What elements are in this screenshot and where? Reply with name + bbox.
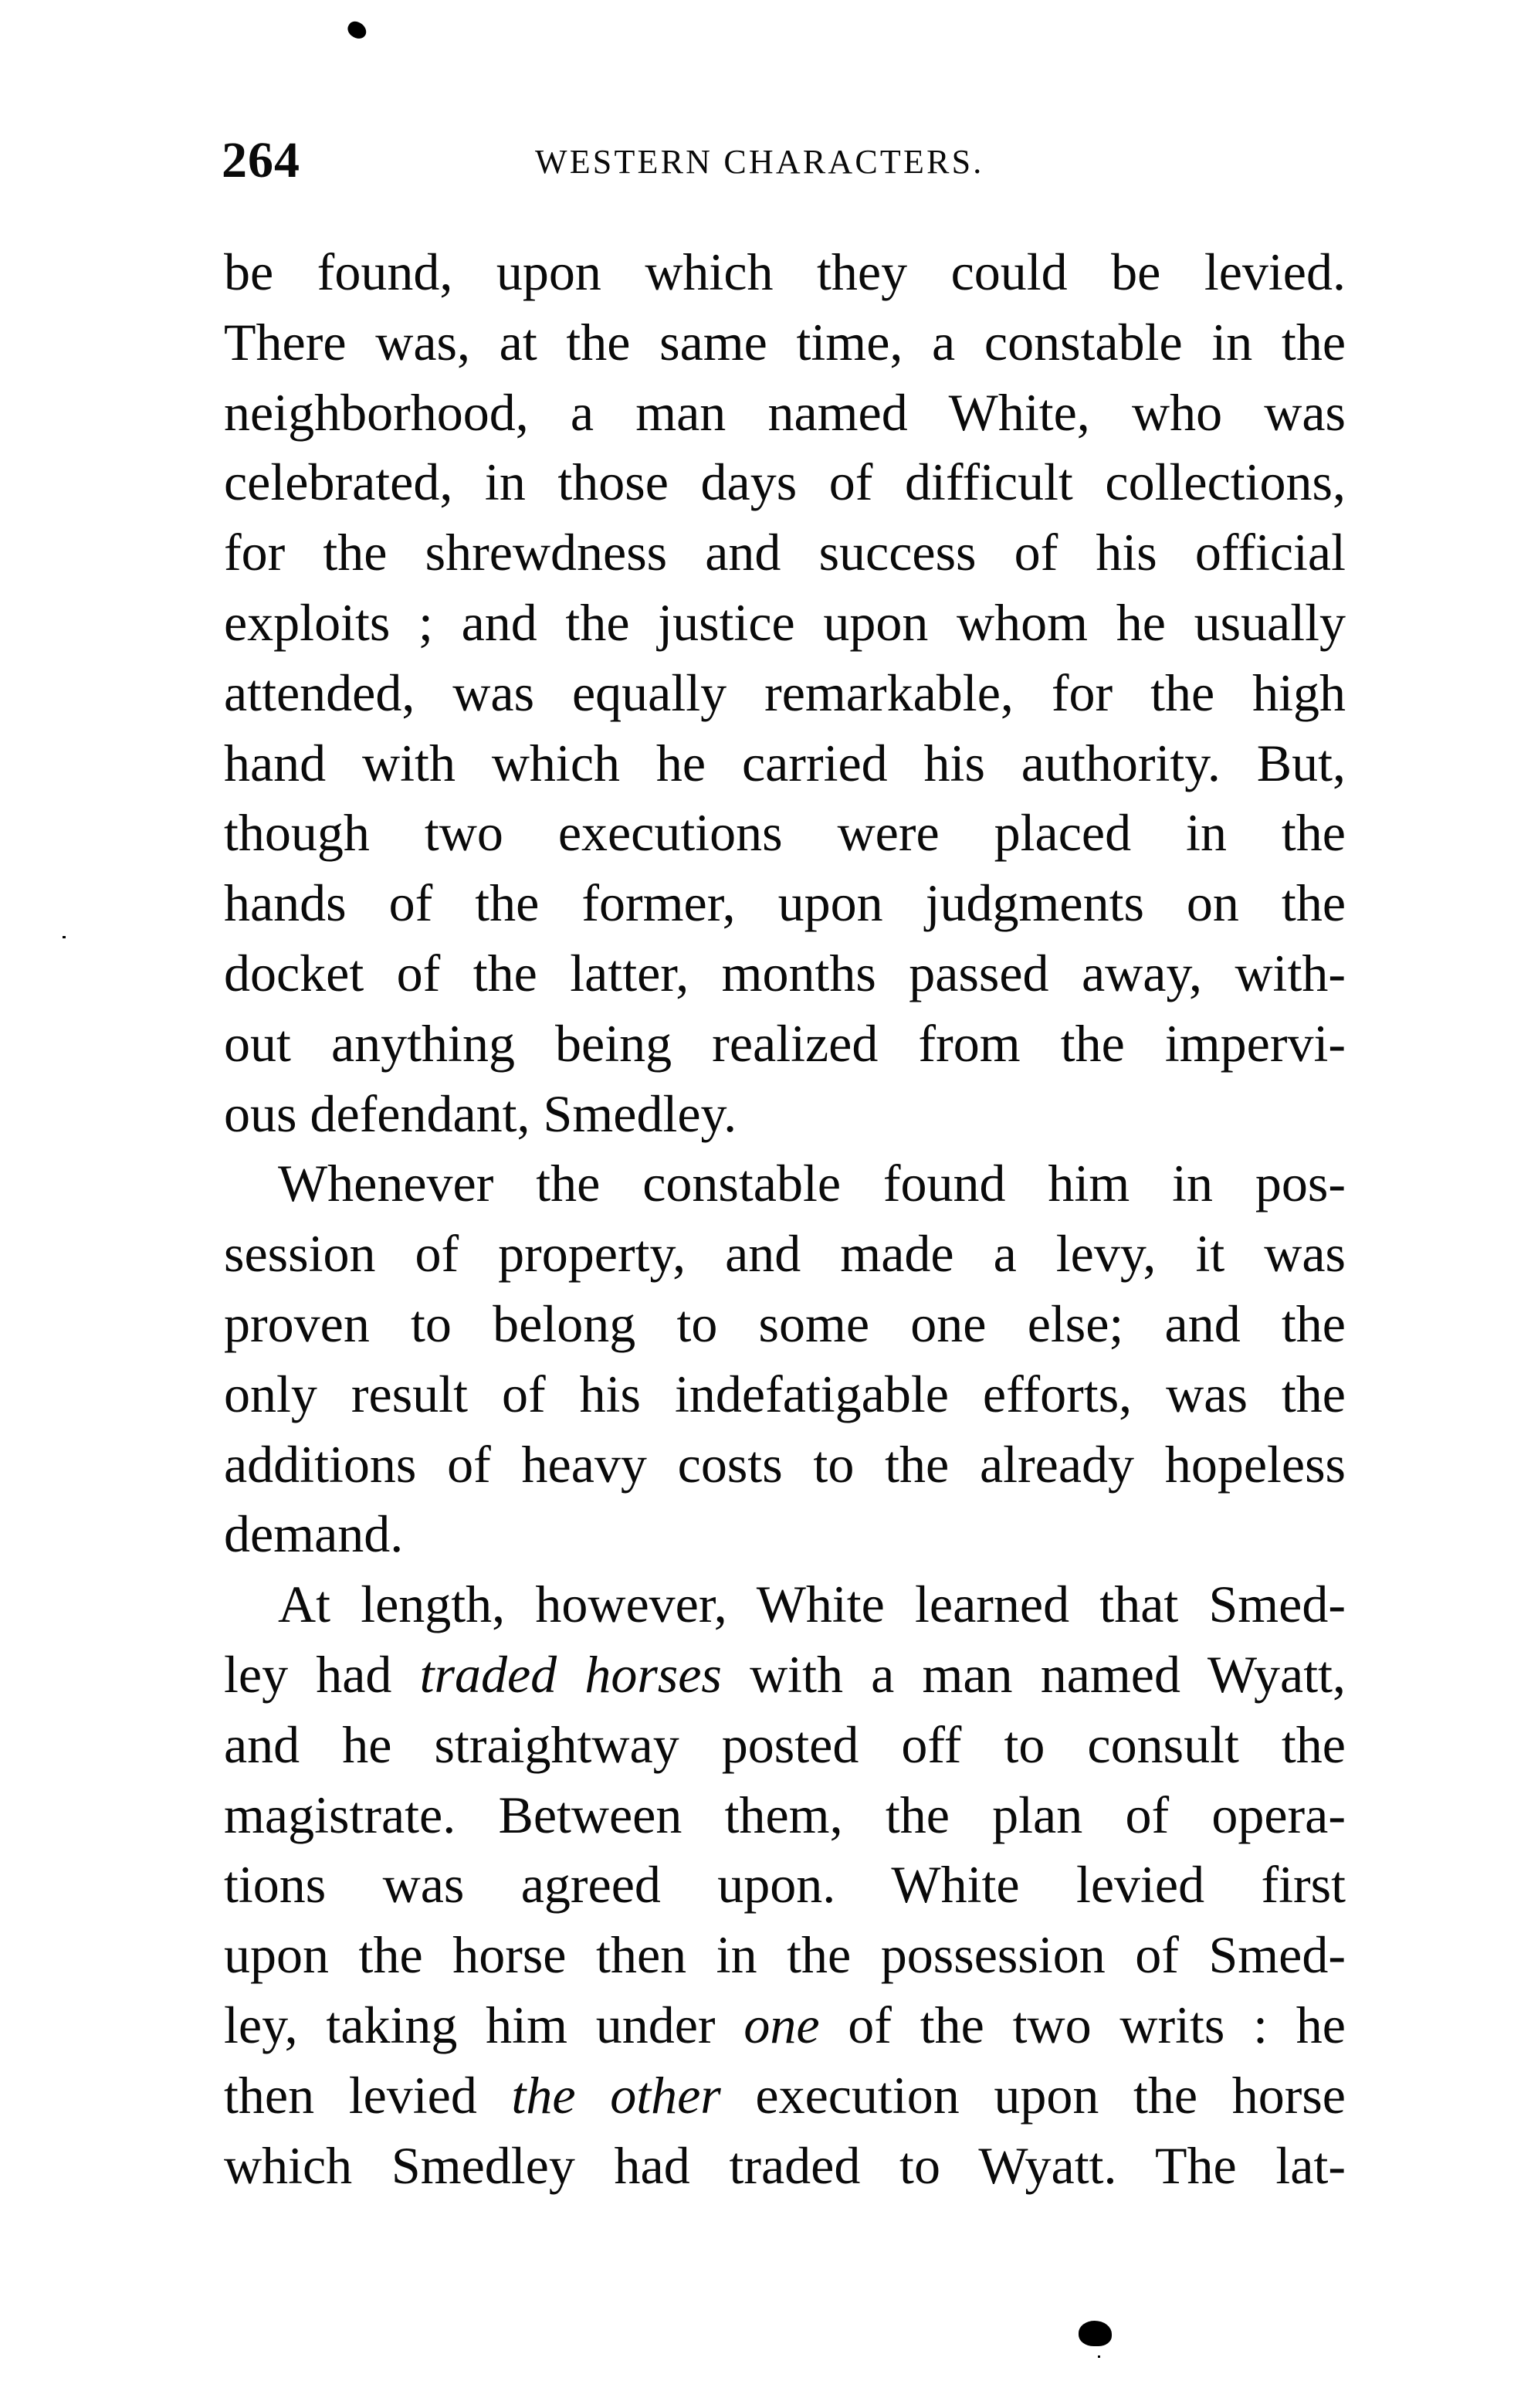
text-line: At length, however, White learned that S… bbox=[278, 1569, 1346, 1639]
running-title: WESTERN CHARACTERS. bbox=[535, 139, 984, 185]
ink-speck-bottom bbox=[1098, 2355, 1100, 2358]
text-line: hands of the former, upon judgments on t… bbox=[224, 868, 1346, 938]
text-line: ley, taking him under one of the two wri… bbox=[224, 1990, 1346, 2060]
text-line: celebrated, in those days of difficult c… bbox=[224, 447, 1346, 517]
text-line: tions was agreed upon. White levied firs… bbox=[224, 1850, 1346, 1919]
text-line: Whenever the constable found him in pos- bbox=[278, 1148, 1346, 1218]
text-line: though two executions were placed in the bbox=[224, 798, 1346, 867]
text-line: exploits ; and the justice upon whom he … bbox=[224, 588, 1346, 657]
text-line: ley had traded horses with a man named W… bbox=[224, 1640, 1346, 1709]
text-line: be found, upon which they could be levie… bbox=[224, 237, 1346, 307]
ink-speck-margin bbox=[63, 936, 66, 938]
text-line: demand. bbox=[224, 1499, 1346, 1569]
text-line: magistrate. Between them, the plan of op… bbox=[224, 1780, 1346, 1850]
book-page: 264 WESTERN CHARACTERS. be found, upon w… bbox=[0, 0, 1514, 2408]
running-header: 264 WESTERN CHARACTERS. bbox=[222, 130, 1346, 192]
text-line: proven to belong to some one else; and t… bbox=[224, 1289, 1346, 1358]
text-line: docket of the latter, months passed away… bbox=[224, 938, 1346, 1008]
text-line: neighborhood, a man named White, who was bbox=[224, 378, 1346, 447]
text-line: for the shrewdness and success of his of… bbox=[224, 517, 1346, 587]
text-line: ous defendant, Smedley. bbox=[224, 1079, 1346, 1148]
text-line: session of property, and made a levy, it… bbox=[224, 1219, 1346, 1288]
text-line: There was, at the same time, a constable… bbox=[224, 307, 1346, 377]
page-number: 264 bbox=[222, 130, 300, 192]
text-line: only result of his indefatigable efforts… bbox=[224, 1359, 1346, 1429]
text-line: then levied the other execution upon the… bbox=[224, 2060, 1346, 2130]
italic-emphasis: one bbox=[743, 1996, 819, 2054]
text-line: and he straightway posted off to consult… bbox=[224, 1710, 1346, 1779]
ink-blot-top bbox=[345, 19, 370, 42]
italic-emphasis: traded horses bbox=[420, 1645, 722, 1704]
text-line: hand with which he carried his authority… bbox=[224, 728, 1346, 798]
text-line: which Smedley had traded to Wyatt. The l… bbox=[224, 2131, 1346, 2200]
italic-emphasis: the other bbox=[512, 2066, 721, 2125]
ink-blot-bottom bbox=[1079, 2321, 1112, 2346]
text-line: additions of heavy costs to the already … bbox=[224, 1430, 1346, 1499]
text-line: out anything being realized from the imp… bbox=[224, 1009, 1346, 1078]
text-line: attended, was equally remarkable, for th… bbox=[224, 658, 1346, 727]
text-line: upon the horse then in the possession of… bbox=[224, 1920, 1346, 1989]
